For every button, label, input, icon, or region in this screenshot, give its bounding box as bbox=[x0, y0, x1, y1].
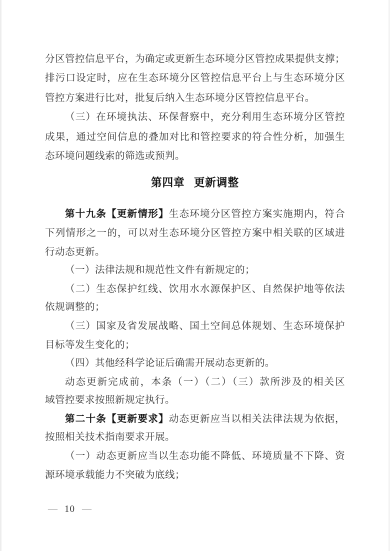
text-line: 成果，通过空间信息的叠加对比和管控要求的符合性分析，加强生 bbox=[45, 128, 345, 147]
text-line: 分区管控信息平台，为确定或更新生态环境分区管控成果提供支撑； bbox=[45, 50, 345, 69]
text-line: 排污口设定时，应在生态环境分区管控信息平台上与生态环境分区 bbox=[45, 69, 345, 88]
text-line: 按照相关技术指南要求开展。 bbox=[45, 429, 345, 448]
text-line: 态环境问题线索的筛选或预判。 bbox=[45, 147, 345, 166]
chapter-number: 第四章 bbox=[151, 177, 185, 189]
text-line: （一）法律法规和规范性文件有新规定的； bbox=[45, 262, 345, 281]
text-line: 管控方案进行比对，批复后纳入生态环境分区管控信息平台。 bbox=[45, 89, 345, 108]
footer-dash-right: — bbox=[82, 504, 92, 517]
article-text: 生态环境分区管控方案实施期内，符合 bbox=[169, 209, 345, 220]
text-line: 第十九条【更新情形】生态环境分区管控方案实施期内，符合 bbox=[45, 206, 345, 225]
document-body: 分区管控信息平台，为确定或更新生态环境分区管控成果提供支撑； 排污口设定时，应在… bbox=[45, 50, 345, 485]
text-line: （二）生态保护红线、饮用水水源保护区、自然保护地等依法 bbox=[45, 281, 345, 300]
chapter-title: 更新调整 bbox=[194, 177, 239, 189]
chapter-heading: 第四章更新调整 bbox=[45, 173, 345, 193]
text-line: 第二十条【更新要求】动态更新应当以相关法律法规为依据， bbox=[45, 411, 345, 430]
paragraph-block-intro: 分区管控信息平台，为确定或更新生态环境分区管控成果提供支撑； 排污口设定时，应在… bbox=[45, 50, 345, 166]
text-line: 下列情形之一的，可以对生态环境分区管控方案中相关联的区域进 bbox=[45, 225, 345, 244]
text-line: 动态更新完成前，本条（一）（二）（三）款所涉及的相关区 bbox=[45, 374, 345, 393]
page-scan-edge-left bbox=[0, 0, 2, 551]
text-line: 行动态更新。 bbox=[45, 244, 345, 263]
text-line: （三）在环境执法、环保督察中，充分利用生态环境分区管控 bbox=[45, 108, 345, 127]
article-20-label: 第二十条【更新要求】 bbox=[65, 414, 169, 425]
text-line: （三）国家及省发展战略、国土空间总体规划、生态环境保护 bbox=[45, 318, 345, 337]
text-line: 域管控要求按照新规定执行。 bbox=[45, 392, 345, 411]
page-footer: — 10 — bbox=[48, 504, 92, 517]
footer-dash-left: — bbox=[48, 504, 58, 517]
text-line: 源环境承载能力不突破为底线； bbox=[45, 467, 345, 486]
text-line: （四）其他经科学论证后确需开展动态更新的。 bbox=[45, 355, 345, 374]
text-line: 依规调整的； bbox=[45, 299, 345, 318]
paragraph-block-articles: 第十九条【更新情形】生态环境分区管控方案实施期内，符合 下列情形之一的，可以对生… bbox=[45, 206, 345, 485]
page-number: 10 bbox=[65, 504, 76, 517]
text-line: 目标等发生变化的； bbox=[45, 337, 345, 356]
article-19-label: 第十九条【更新情形】 bbox=[65, 209, 169, 220]
article-text: 动态更新应当以相关法律法规为依据， bbox=[169, 414, 345, 425]
document-page: { "heading": { "chapter_number": "第四章", … bbox=[0, 0, 390, 551]
text-line: （一）动态更新应当以生态功能不降低、环境质量不下降、资 bbox=[45, 448, 345, 467]
